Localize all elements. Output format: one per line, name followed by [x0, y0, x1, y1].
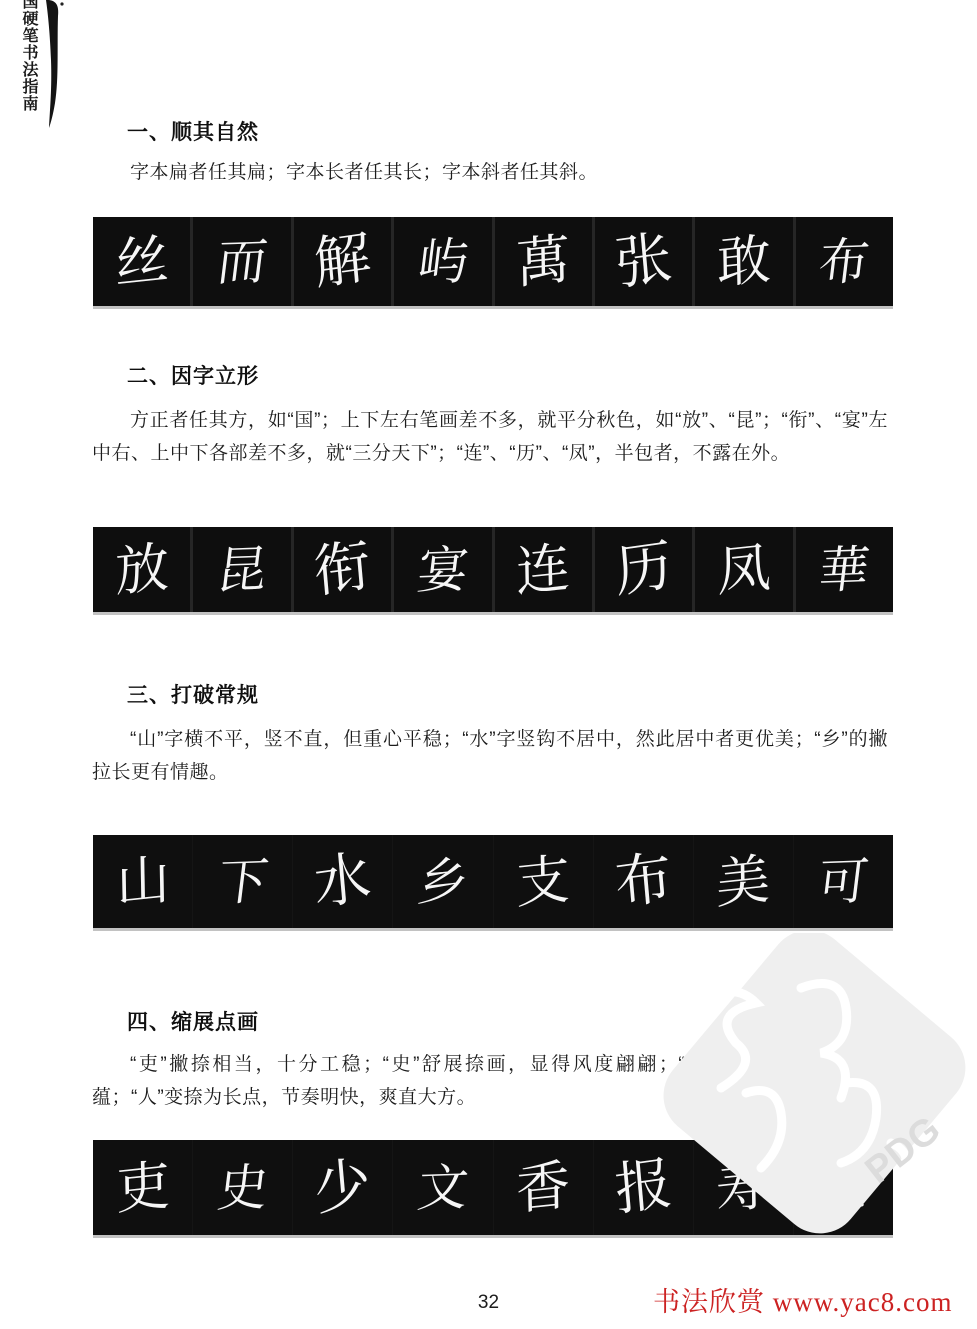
sample-character: 而: [214, 236, 270, 288]
brush-stroke-decoration: [46, 0, 66, 130]
calligraphy-sample: 衔: [294, 527, 391, 612]
calligraphy-sample: 宴: [394, 527, 491, 612]
calligraphy-sample: 布: [594, 835, 693, 928]
calligraphy-sample: 文: [393, 1140, 492, 1235]
calligraphy-sample: 花: [794, 1140, 893, 1235]
calligraphy-sample: 连: [495, 527, 592, 612]
section-2-text: 方正者任其方，如“国”；上下左右笔画差不多，就平分秋色，如“放”、“昆”；“衔”…: [92, 404, 888, 470]
sample-character: 布: [816, 236, 872, 288]
section-3-text: “山”字横不平，竖不直，但重心平稳；“水”字竖钩不居中，然此居中者更优美；“乡”…: [92, 723, 888, 789]
sample-character: 张: [613, 229, 674, 294]
calligraphy-sample: 水: [293, 835, 392, 928]
calligraphy-sample: 丝: [93, 217, 190, 306]
sample-character: 下: [215, 856, 271, 908]
sample-character: 宴: [415, 544, 471, 596]
calligraphy-sample: 史: [193, 1140, 292, 1235]
calligraphy-sample: 華: [796, 527, 893, 612]
sample-character: 放: [114, 540, 169, 600]
sample-character: 文: [415, 1162, 471, 1214]
spine-title: 国硬笔书法指南: [17, 0, 40, 112]
calligraphy-strip-1: 丝 而 解 屿 萬 张 敢 布: [93, 217, 893, 306]
calligraphy-sample: 而: [193, 217, 290, 306]
calligraphy-sample: 美: [694, 835, 793, 928]
sample-character: 解: [312, 229, 373, 294]
calligraphy-sample: 可: [794, 835, 893, 928]
calligraphy-sample: 萬: [495, 217, 592, 306]
calligraphy-strip-3: 山 下 水 乡 支 布 美 可: [93, 835, 893, 928]
calligraphy-sample: 张: [595, 217, 692, 306]
sample-character: 乡: [415, 856, 471, 908]
calligraphy-sample: 历: [595, 527, 692, 612]
sample-character: 历: [613, 537, 674, 602]
sample-character: 花: [815, 1162, 871, 1214]
section-1-text: 字本扁者任其扁；字本长者任其长；字本斜者任其斜。: [92, 156, 888, 189]
calligraphy-sample: 凤: [695, 527, 792, 612]
sample-character: 香: [516, 1158, 571, 1218]
calligraphy-strip-2: 放 昆 衔 宴 连 历 凤 華: [93, 527, 893, 612]
sample-character: 连: [516, 540, 571, 600]
calligraphy-sample: 下: [193, 835, 292, 928]
section-4-heading: 四、缩展点画: [127, 1006, 259, 1036]
calligraphy-sample: 解: [294, 217, 391, 306]
sample-character: 布: [612, 849, 673, 914]
sample-character: 少: [312, 1155, 373, 1220]
sample-character: 美: [716, 852, 771, 912]
sample-character: 支: [516, 852, 571, 912]
calligraphy-sample: 布: [796, 217, 893, 306]
sample-character: 華: [816, 544, 872, 596]
sample-character: 丝: [114, 232, 169, 292]
sample-character: 凤: [717, 540, 772, 600]
sample-character: 寿: [716, 1158, 771, 1218]
sample-character: 屿: [415, 236, 471, 288]
calligraphy-sample: 屿: [394, 217, 491, 306]
sample-character: 可: [815, 856, 871, 908]
calligraphy-strip-4: 吏 史 少 文 香 报 寿 花: [93, 1140, 893, 1235]
calligraphy-sample: 昆: [193, 527, 290, 612]
calligraphy-sample: 敢: [695, 217, 792, 306]
sample-character: 萬: [516, 232, 571, 292]
sample-character: 史: [215, 1162, 271, 1214]
section-2-heading: 二、因字立形: [127, 360, 259, 390]
sample-character: 水: [312, 849, 373, 914]
section-3-heading: 三、打破常规: [127, 679, 259, 709]
sample-character: 吏: [115, 1158, 170, 1218]
sample-character: 报: [612, 1155, 673, 1220]
calligraphy-sample: 报: [594, 1140, 693, 1235]
calligraphy-sample: 放: [93, 527, 190, 612]
sample-character: 昆: [214, 544, 270, 596]
site-watermark: 书法欣赏 www.yac8.com: [653, 1280, 952, 1319]
sample-character: 敢: [717, 232, 772, 292]
sample-character: 衔: [312, 537, 373, 602]
calligraphy-sample: 寿: [694, 1140, 793, 1235]
calligraphy-sample: 山: [93, 835, 192, 928]
calligraphy-sample: 香: [494, 1140, 593, 1235]
sample-character: 山: [115, 852, 170, 912]
section-1-heading: 一、顺其自然: [127, 116, 259, 146]
calligraphy-sample: 乡: [393, 835, 492, 928]
calligraphy-sample: 少: [293, 1140, 392, 1235]
calligraphy-sample: 吏: [93, 1140, 192, 1235]
calligraphy-sample: 支: [494, 835, 593, 928]
section-4-text: “吏”撇捺相当，十分工稳；“史”舒展捺画，显得风度翩翩；“文”收敛捺画，情致内蕴…: [92, 1048, 888, 1114]
